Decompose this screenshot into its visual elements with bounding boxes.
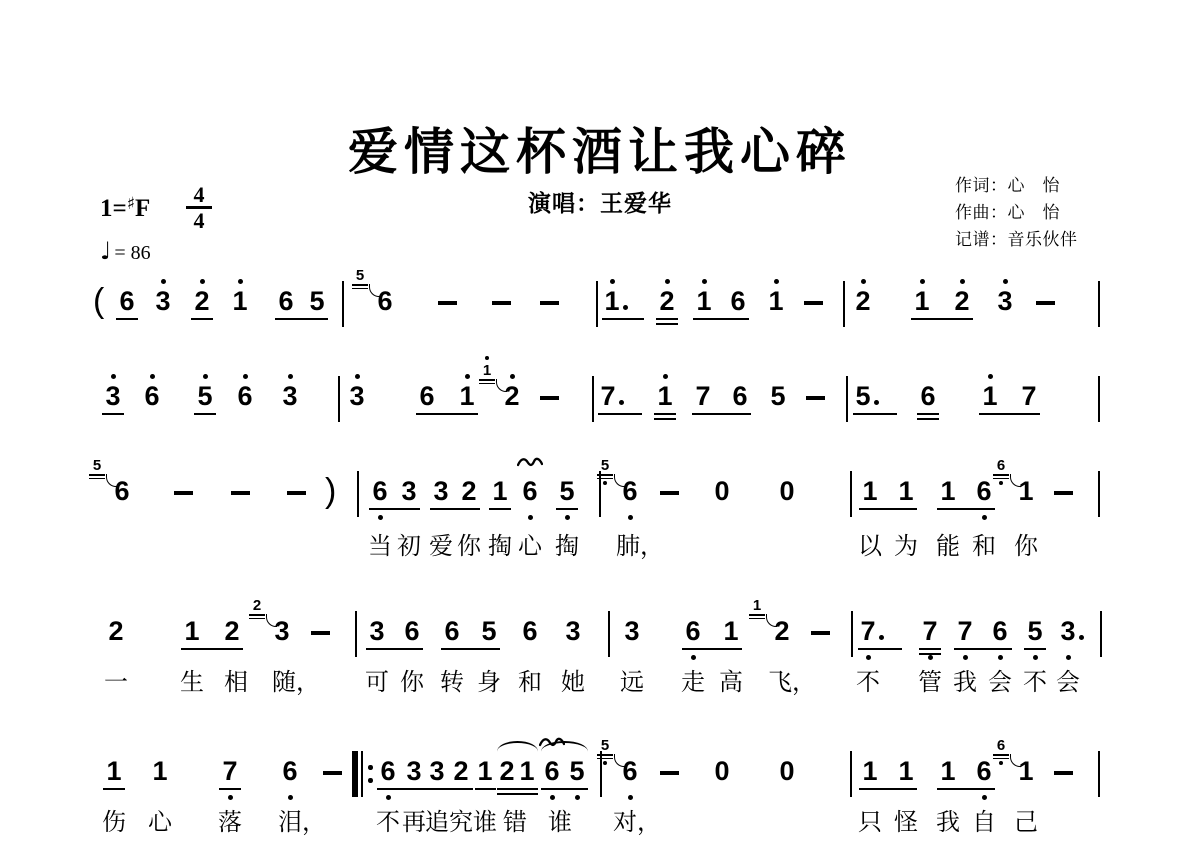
note-digit: 6 — [730, 288, 745, 314]
dash-note — [287, 491, 306, 495]
lyric-char: 和 — [518, 670, 542, 696]
beam-underline — [441, 648, 500, 650]
octave-dot-above — [960, 279, 965, 284]
note-digit: 1 — [940, 758, 955, 784]
dash-note — [1054, 491, 1073, 495]
octave-dot-below — [603, 481, 607, 485]
octave-dot-above — [988, 374, 993, 379]
note-digit: 0 — [779, 758, 794, 784]
note-digit: 7 — [922, 618, 937, 644]
beam-underline — [858, 648, 902, 650]
augmentation-dot — [1079, 635, 1084, 640]
lyric-char: 我 — [936, 810, 960, 836]
note-digit: 7 — [222, 758, 237, 784]
beam-underline — [602, 318, 644, 320]
note-digit: 3 — [401, 478, 416, 504]
octave-dot-above — [111, 374, 116, 379]
octave-dot-below — [628, 515, 633, 520]
lyric-char: 掏 — [488, 534, 512, 560]
beam-underline — [366, 648, 423, 650]
augmentation-dot — [879, 635, 884, 640]
slur-arc — [497, 741, 538, 752]
note-digit: 3 — [155, 288, 170, 314]
note-digit: 1 — [459, 383, 474, 409]
note-digit: 3 — [349, 383, 364, 409]
note-digit: 5 — [309, 288, 324, 314]
octave-dot-below — [288, 795, 293, 800]
note-digit: 3 — [429, 758, 444, 784]
lyric-char: 错 — [503, 810, 527, 836]
grace-beam — [249, 614, 265, 616]
beam-underline — [654, 413, 676, 415]
octave-dot-below — [866, 655, 871, 660]
note-digit: 6 — [444, 618, 459, 644]
beam-underline — [859, 788, 917, 790]
beam-underline — [102, 413, 124, 415]
lyric-char: 为 — [894, 534, 918, 560]
beam-underline — [911, 318, 973, 320]
grace-beam — [597, 474, 613, 476]
note-digit: 5 — [770, 383, 785, 409]
dash-note — [540, 396, 559, 400]
barline — [850, 471, 852, 517]
dash-note — [811, 631, 830, 635]
lyric-char: 落 — [218, 810, 242, 836]
note-digit: 6 — [976, 478, 991, 504]
barline — [1098, 751, 1100, 797]
lyric-char: 会 — [988, 670, 1012, 696]
lyric-char: 以 — [858, 534, 882, 560]
note-digit: 2 — [461, 478, 476, 504]
octave-dot-above — [663, 374, 668, 379]
note-digit: 1 — [152, 758, 167, 784]
grace-digit: 5 — [601, 738, 609, 753]
octave-dot-above — [702, 279, 707, 284]
barline — [608, 611, 610, 657]
note-digit: 3 — [997, 288, 1012, 314]
lyric-char: 掏 — [555, 534, 579, 560]
beam-underline — [954, 648, 1012, 650]
parenthesis: ) — [325, 473, 336, 509]
repeat-dot — [368, 765, 373, 770]
beam-underline — [917, 413, 939, 415]
note-digit: 6 — [404, 618, 419, 644]
grace-digit: 5 — [601, 458, 609, 473]
note-digit: 3 — [433, 478, 448, 504]
octave-dot-below — [963, 655, 968, 660]
beam-underline — [275, 318, 328, 320]
dash-note — [174, 491, 193, 495]
grace-slur — [369, 284, 380, 297]
note-digit: 1 — [657, 383, 672, 409]
beam-underline — [937, 788, 995, 790]
beam-underline — [430, 508, 480, 510]
octave-dot-below — [1066, 655, 1071, 660]
tempo-marking: ♩= 86 — [100, 237, 151, 267]
octave-dot-above — [485, 356, 489, 360]
lyric-char: 究 — [449, 810, 473, 836]
note-digit: 6 — [278, 288, 293, 314]
beam-underline — [497, 788, 538, 790]
lyric-char: 飞， — [768, 670, 816, 696]
barline — [357, 471, 359, 517]
note-digit: 7 — [957, 618, 972, 644]
note-digit: 1 — [477, 758, 492, 784]
note-digit: 3 — [282, 383, 297, 409]
grace-beam — [597, 758, 613, 760]
dash-note — [438, 301, 457, 305]
slur-arc — [541, 741, 588, 752]
parenthesis: ( — [93, 283, 104, 319]
grace-beam — [749, 618, 765, 620]
barline — [1098, 471, 1100, 517]
beam-underline — [426, 788, 473, 790]
dash-note — [492, 301, 511, 305]
grace-digit: 5 — [356, 268, 364, 283]
lyric-char: 泪， — [278, 810, 326, 836]
beam-underline — [489, 508, 511, 510]
note-digit: 6 — [419, 383, 434, 409]
credit-transcriber: 记谱：音乐伙伴 — [955, 226, 1078, 253]
lyric-char: 一 — [104, 670, 128, 696]
grace-beam — [597, 478, 613, 480]
lyric-char: 当 — [368, 534, 392, 560]
lyric-char: 谁 — [473, 810, 497, 836]
note-digit: 6 — [380, 758, 395, 784]
grace-slur — [266, 614, 277, 627]
note-digit: 3 — [565, 618, 580, 644]
note-digit: 6 — [920, 383, 935, 409]
barline — [342, 281, 344, 327]
grace-slur — [1010, 754, 1021, 767]
note-digit: 6 — [237, 383, 252, 409]
augmentation-dot — [874, 400, 879, 405]
octave-dot-below — [928, 655, 933, 660]
lyric-char: 和 — [972, 534, 996, 560]
dash-note — [540, 301, 559, 305]
lyric-char: 肺， — [616, 534, 664, 560]
octave-dot-above — [861, 279, 866, 284]
lyric-char: 追 — [425, 810, 449, 836]
barline — [846, 376, 848, 422]
octave-dot-below — [691, 655, 696, 660]
grace-beam — [479, 379, 495, 381]
grace-beam — [993, 754, 1009, 756]
grace-beam — [993, 478, 1009, 480]
note-digit: 5 — [855, 383, 870, 409]
grace-slur — [766, 614, 777, 627]
lyric-char: 走 — [681, 670, 705, 696]
note-digit: 1 — [106, 758, 121, 784]
note-digit: 1 — [723, 618, 738, 644]
grace-slur — [496, 379, 507, 392]
beam-underline — [598, 413, 642, 415]
dash-note — [231, 491, 250, 495]
octave-dot-below — [228, 795, 233, 800]
barline — [843, 281, 845, 327]
note-digit: 1 — [940, 478, 955, 504]
beam-underline — [656, 323, 678, 325]
grace-slur — [1010, 474, 1021, 487]
beam-underline — [116, 318, 138, 320]
grace-slur — [106, 474, 117, 487]
lyric-char: 怪 — [894, 810, 918, 836]
tempo-value: = 86 — [114, 242, 150, 264]
octave-dot-below — [999, 761, 1003, 765]
note-digit: 1 — [604, 288, 619, 314]
grace-digit: 1 — [483, 363, 491, 378]
beam-underline — [541, 788, 588, 790]
beam-underline — [853, 413, 897, 415]
lyric-char: 身 — [477, 670, 501, 696]
grace-beam — [479, 383, 495, 385]
note-digit: 2 — [453, 758, 468, 784]
octave-dot-below — [982, 795, 987, 800]
octave-dot-below — [575, 795, 580, 800]
beam-underline — [556, 508, 578, 510]
barline — [851, 611, 853, 657]
key-letter: F — [135, 195, 150, 222]
lyric-char: 初 — [397, 534, 421, 560]
note-digit: 1 — [232, 288, 247, 314]
sheet-page: 爱情这杯酒让我心碎 演唱：王爱华 作词：心 怡 作曲：心 怡 记谱：音乐伙伴 1… — [0, 0, 1200, 850]
octave-dot-above — [243, 374, 248, 379]
barline — [1098, 281, 1100, 327]
note-digit: 3 — [406, 758, 421, 784]
note-digit: 0 — [714, 758, 729, 784]
mordent-icon — [517, 455, 543, 466]
note-digit: 6 — [282, 758, 297, 784]
note-digit: 3 — [369, 618, 384, 644]
beam-underline — [475, 788, 496, 790]
beam-underline — [369, 508, 420, 510]
grace-beam — [597, 754, 613, 756]
beam-underline — [917, 418, 939, 420]
note-digit: 6 — [119, 288, 134, 314]
note-digit: 1 — [184, 618, 199, 644]
octave-dot-above — [774, 279, 779, 284]
octave-dot-below — [628, 795, 633, 800]
lyric-char: 你 — [457, 534, 481, 560]
lyric-char: 不 — [856, 670, 880, 696]
beam-underline — [654, 418, 676, 420]
note-digit: 2 — [108, 618, 123, 644]
barline — [355, 611, 357, 657]
barline — [850, 751, 852, 797]
key-prefix: 1= — [100, 195, 127, 222]
octave-dot-above — [288, 374, 293, 379]
beam-underline — [194, 413, 216, 415]
note-digit: 6 — [732, 383, 747, 409]
octave-dot-below — [386, 795, 391, 800]
octave-dot-below — [998, 655, 1003, 660]
note-digit: 1 — [862, 478, 877, 504]
note-digit: 2 — [954, 288, 969, 314]
beam-underline — [919, 653, 941, 655]
dash-note — [323, 771, 342, 775]
note-digit: 1 — [862, 758, 877, 784]
lyric-char: 爱 — [429, 534, 453, 560]
grace-beam — [749, 614, 765, 616]
lyric-char: 相 — [224, 670, 248, 696]
grace-digit: 2 — [253, 598, 261, 613]
beam-underline — [1024, 648, 1046, 650]
note-digit: 6 — [685, 618, 700, 644]
quarter-note-icon: ♩ — [100, 237, 111, 265]
grace-beam — [993, 758, 1009, 760]
lyric-char: 随， — [272, 670, 320, 696]
note-digit: 2 — [224, 618, 239, 644]
grace-slur — [614, 754, 625, 767]
octave-dot-above — [665, 279, 670, 284]
dash-note — [1054, 771, 1073, 775]
lyric-char: 她 — [561, 670, 585, 696]
note-digit: 1 — [898, 758, 913, 784]
beam-underline — [191, 318, 213, 320]
beam-underline — [859, 508, 917, 510]
credit-composer: 作曲：心 怡 — [955, 199, 1078, 226]
barline — [338, 376, 340, 422]
barline — [1098, 376, 1100, 422]
grace-digit: 5 — [93, 458, 101, 473]
grace-digit: 6 — [997, 738, 1005, 753]
lyric-char: 会 — [1056, 670, 1080, 696]
octave-dot-above — [610, 279, 615, 284]
lyric-char: 谁 — [548, 810, 572, 836]
beam-underline — [919, 648, 941, 650]
lyric-char: 管 — [918, 670, 942, 696]
dash-note — [311, 631, 330, 635]
grace-beam — [993, 474, 1009, 476]
beam-underline — [377, 788, 426, 790]
time-signature: 4 4 — [186, 184, 212, 231]
octave-dot-below — [999, 481, 1003, 485]
note-digit: 5 — [569, 758, 584, 784]
note-digit: 6 — [144, 383, 159, 409]
octave-dot-above — [510, 374, 515, 379]
beam-underline — [103, 788, 125, 790]
grace-beam — [352, 284, 368, 286]
octave-dot-below — [378, 515, 383, 520]
lyric-char: 转 — [440, 670, 464, 696]
dash-note — [806, 396, 825, 400]
barline — [596, 281, 598, 327]
note-digit: 1 — [898, 478, 913, 504]
note-digit: 1 — [519, 758, 534, 784]
note-digit: 1 — [696, 288, 711, 314]
note-digit: 7 — [860, 618, 875, 644]
note-digit: 2 — [855, 288, 870, 314]
barline — [1100, 611, 1102, 657]
octave-dot-above — [161, 279, 166, 284]
octave-dot-above — [355, 374, 360, 379]
note-digit: 7 — [600, 383, 615, 409]
beam-underline — [937, 508, 995, 510]
lyric-char: 不 — [1023, 670, 1047, 696]
beam-underline — [682, 648, 742, 650]
lyric-char: 只 — [858, 810, 882, 836]
note-digit: 2 — [194, 288, 209, 314]
note-digit: 6 — [544, 758, 559, 784]
lyric-char: 对， — [613, 810, 661, 836]
lyric-char: 心 — [148, 810, 172, 836]
dash-note — [660, 771, 679, 775]
octave-dot-below — [603, 761, 607, 765]
octave-dot-above — [920, 279, 925, 284]
lyric-char: 伤 — [102, 810, 126, 836]
beam-underline — [416, 413, 478, 415]
time-denominator: 4 — [186, 210, 212, 231]
grace-digit: 1 — [753, 598, 761, 613]
octave-dot-below — [982, 515, 987, 520]
augmentation-dot — [619, 400, 624, 405]
credit-lyricist: 作词：心 怡 — [955, 172, 1078, 199]
lyric-char: 可 — [365, 670, 389, 696]
beam-underline — [497, 793, 538, 795]
lyric-char: 能 — [936, 534, 960, 560]
octave-dot-above — [203, 374, 208, 379]
note-digit: 7 — [1021, 383, 1036, 409]
dash-note — [804, 301, 823, 305]
note-digit: 3 — [1060, 618, 1075, 644]
lyric-char: 你 — [1014, 534, 1038, 560]
lyric-char: 你 — [400, 670, 424, 696]
lyric-char: 再 — [402, 810, 426, 836]
grace-beam — [89, 478, 105, 480]
credits-block: 作词：心 怡 作曲：心 怡 记谱：音乐伙伴 — [955, 172, 1078, 253]
note-digit: 6 — [522, 618, 537, 644]
time-numerator: 4 — [186, 184, 212, 205]
note-digit: 1 — [982, 383, 997, 409]
grace-beam — [89, 474, 105, 476]
lyric-char: 生 — [180, 670, 204, 696]
grace-digit: 6 — [997, 458, 1005, 473]
repeat-dot — [368, 778, 373, 783]
key-signature: 1=♯F — [100, 192, 150, 221]
lyric-char: 我 — [953, 670, 977, 696]
octave-dot-above — [465, 374, 470, 379]
lyric-char: 自 — [972, 810, 996, 836]
beam-underline — [692, 413, 751, 415]
octave-dot-above — [238, 279, 243, 284]
grace-slur — [614, 474, 625, 487]
barline — [592, 376, 594, 422]
repeat-thin-barline — [361, 751, 363, 797]
beam-underline — [979, 413, 1040, 415]
note-digit: 5 — [197, 383, 212, 409]
note-digit: 5 — [481, 618, 496, 644]
note-digit: 1 — [492, 478, 507, 504]
sharp-icon: ♯ — [127, 194, 135, 214]
note-digit: 0 — [714, 478, 729, 504]
note-digit: 6 — [992, 618, 1007, 644]
lyric-char: 高 — [719, 670, 743, 696]
octave-dot-below — [1033, 655, 1038, 660]
octave-dot-below — [528, 515, 533, 520]
lyric-char: 不 — [376, 810, 400, 836]
lyric-char: 远 — [620, 670, 644, 696]
note-digit: 6 — [522, 478, 537, 504]
note-digit: 6 — [372, 478, 387, 504]
note-digit: 0 — [779, 478, 794, 504]
note-digit: 5 — [1027, 618, 1042, 644]
octave-dot-above — [200, 279, 205, 284]
repeat-thick-barline — [352, 751, 358, 797]
note-digit: 5 — [559, 478, 574, 504]
dash-note — [660, 491, 679, 495]
note-digit: 6 — [976, 758, 991, 784]
note-digit: 7 — [695, 383, 710, 409]
